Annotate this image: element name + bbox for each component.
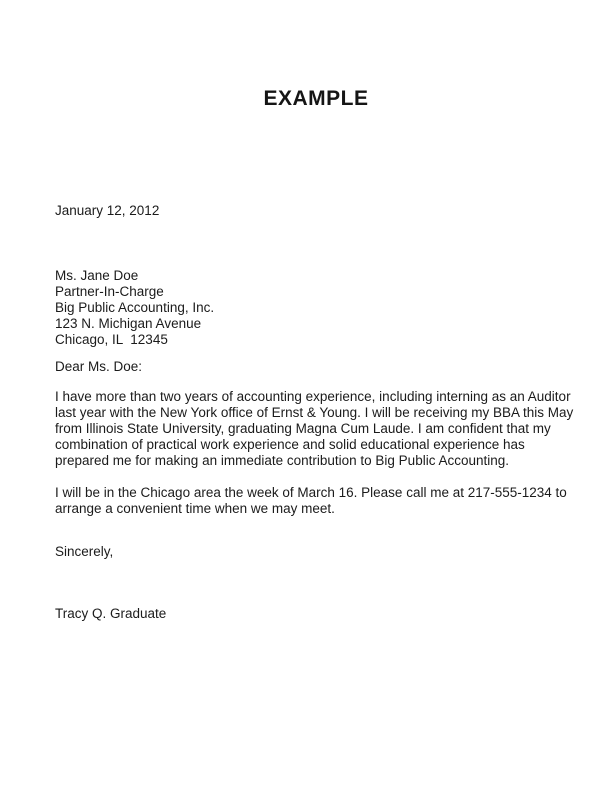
salutation: Dear Ms. Doe: — [55, 359, 142, 375]
body-line: I will be in the Chicago area the week o… — [55, 485, 567, 501]
recipient-address-block: Ms. Jane Doe Partner-In-Charge Big Publi… — [55, 268, 214, 348]
document-page: EXAMPLE January 12, 2012 Ms. Jane Doe Pa… — [0, 0, 612, 792]
recipient-name: Ms. Jane Doe — [55, 268, 214, 284]
signature-name: Tracy Q. Graduate — [55, 606, 166, 622]
recipient-street-address: 123 N. Michigan Avenue — [55, 316, 214, 332]
body-line: arrange a convenient time when we may me… — [55, 501, 567, 517]
body-line: combination of practical work experience… — [55, 437, 573, 453]
recipient-city-state-zip: Chicago, IL 12345 — [55, 332, 214, 348]
body-line: prepared me for making an immediate cont… — [55, 453, 573, 469]
closing: Sincerely, — [55, 544, 113, 560]
page-title: EXAMPLE — [20, 88, 612, 110]
recipient-company: Big Public Accounting, Inc. — [55, 300, 214, 316]
letter-date: January 12, 2012 — [55, 203, 159, 219]
body-line: I have more than two years of accounting… — [55, 389, 573, 405]
body-paragraph-2: I will be in the Chicago area the week o… — [55, 485, 567, 517]
body-paragraph-1: I have more than two years of accounting… — [55, 389, 573, 469]
body-line: from Illinois State University, graduati… — [55, 421, 573, 437]
body-line: last year with the New York office of Er… — [55, 405, 573, 421]
recipient-job-title: Partner-In-Charge — [55, 284, 214, 300]
